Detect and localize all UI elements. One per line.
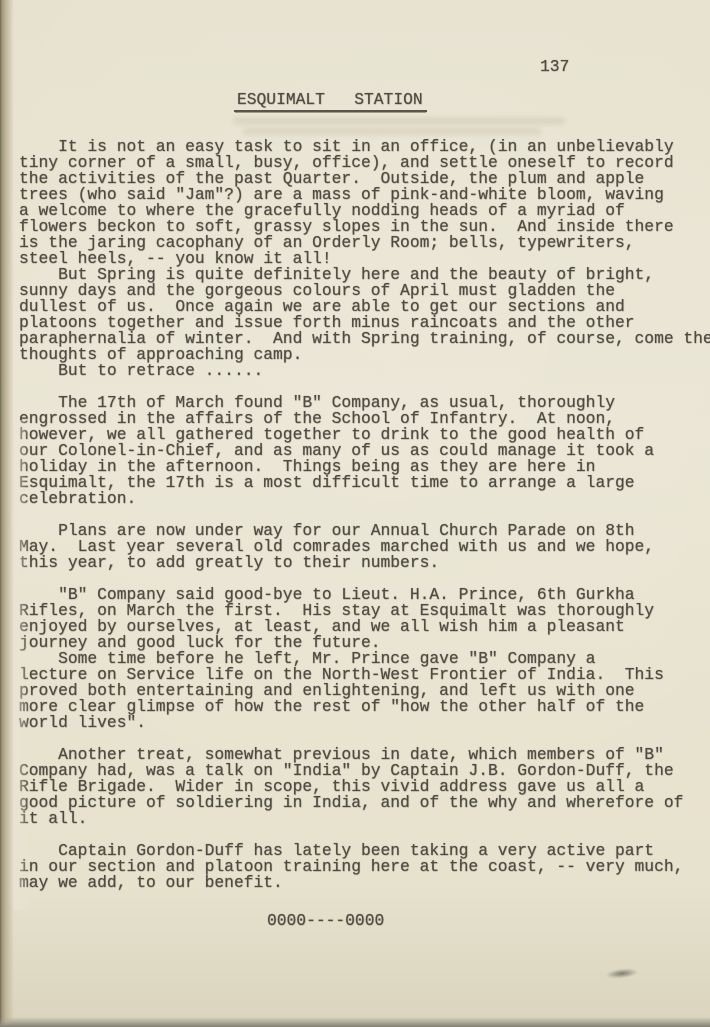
ink-smudge: [606, 967, 639, 979]
paragraph: But Spring is quite definitely here and …: [19, 267, 710, 379]
binding-edge-shadow: [0, 0, 14, 1027]
paragraph: Captain Gordon-Duff has lately been taki…: [19, 843, 710, 891]
document-body: It is not an easy task to sit in an offi…: [19, 139, 710, 891]
scanned-document-page: 137 ESQUIMALT STATION It is not an easy …: [0, 0, 710, 1027]
paragraph: "B" Company said good-bye to Lieut. H.A.…: [19, 587, 710, 731]
ink-offset-ghost: [243, 128, 541, 135]
paragraph: It is not an easy task to sit in an offi…: [19, 139, 710, 267]
footer-ornament: 0000----0000: [267, 913, 384, 929]
faded-ink-overlay: [13, 420, 30, 910]
paragraph: The 17th of March found "B" Company, as …: [19, 395, 710, 507]
document-title: ESQUIMALT STATION: [234, 92, 427, 112]
paragraph: Plans are now under way for our Annual C…: [19, 523, 710, 571]
page-bottom-edge: [0, 1018, 710, 1027]
paragraph: Another treat, somewhat previous in date…: [19, 747, 710, 827]
ink-offset-ghost: [233, 117, 565, 125]
page-number: 137: [540, 59, 569, 75]
